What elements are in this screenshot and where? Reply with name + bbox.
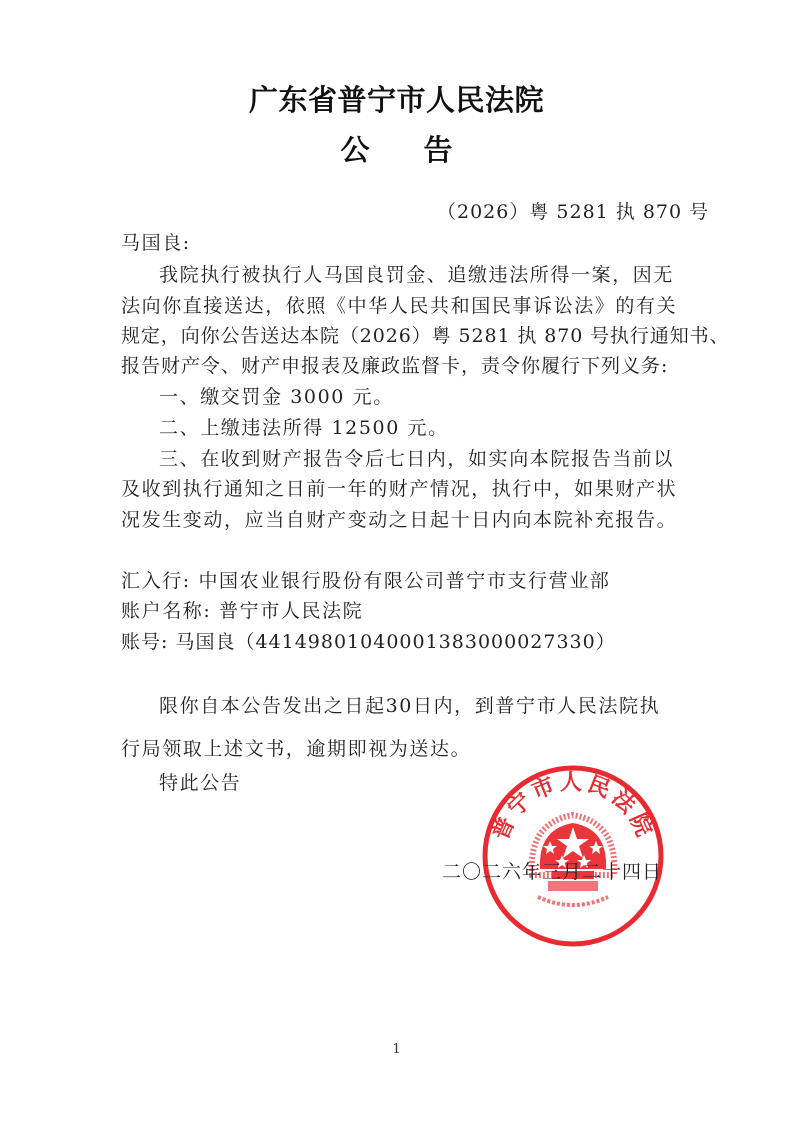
obligation-continued: 及收到执行通知之日前一年的财产情况，执行中，如果财产状 [121, 477, 677, 501]
document-page: 广东省普宁市人民法院 公 告 （2026）粤 5281 执 870 号 马国良:… [0, 0, 793, 1122]
body-line: 法向你直接送达，依照《中华人民共和国民事诉讼法》的有关 [121, 294, 677, 318]
obligation-continued: 况发生变动，应当自财产变动之日起十日内向本院补充报告。 [121, 508, 677, 532]
notice-title: 公 告 [0, 128, 793, 169]
body-line: 规定，向你公告送达本院（2026）粤 5281 执 870 号执行通知书、 [121, 324, 729, 348]
court-seal-icon: 普宁市人民法院 [480, 763, 666, 949]
obligation-item: 三、在收到财产报告令后七日内，如实向本院报告当前以 [159, 447, 674, 471]
case-number: （2026）粤 5281 执 870 号 [437, 200, 709, 224]
account-name: 账户名称: 普宁市人民法院 [121, 599, 363, 623]
date-line: 二〇二六年三月二十四日 [442, 860, 662, 884]
remit-bank: 汇入行: 中国农业银行股份有限公司普宁市支行营业部 [121, 569, 610, 593]
deadline-text: 行局领取上述文书，逾期即视为送达。 [121, 737, 471, 761]
body-line: 我院执行被执行人马国良罚金、追缴违法所得一案，因无 [159, 263, 674, 287]
obligation-item: 一、缴交罚金 3000 元。 [159, 385, 394, 409]
formal-close: 特此公告 [159, 771, 241, 795]
obligation-item: 二、上缴违法所得 12500 元。 [159, 416, 449, 440]
court-name-heading: 广东省普宁市人民法院 [0, 78, 793, 119]
account-number: 账号: 马国良（44149801040001383000027330） [121, 630, 616, 654]
addressee: 马国良: [121, 231, 191, 255]
page-number: 1 [0, 1042, 793, 1057]
deadline-text: 限你自本公告发出之日起30日内，到普宁市人民法院执 [159, 694, 660, 718]
body-line: 报告财产令、财产申报表及廉政监督卡，责令你履行下列义务: [121, 354, 668, 378]
